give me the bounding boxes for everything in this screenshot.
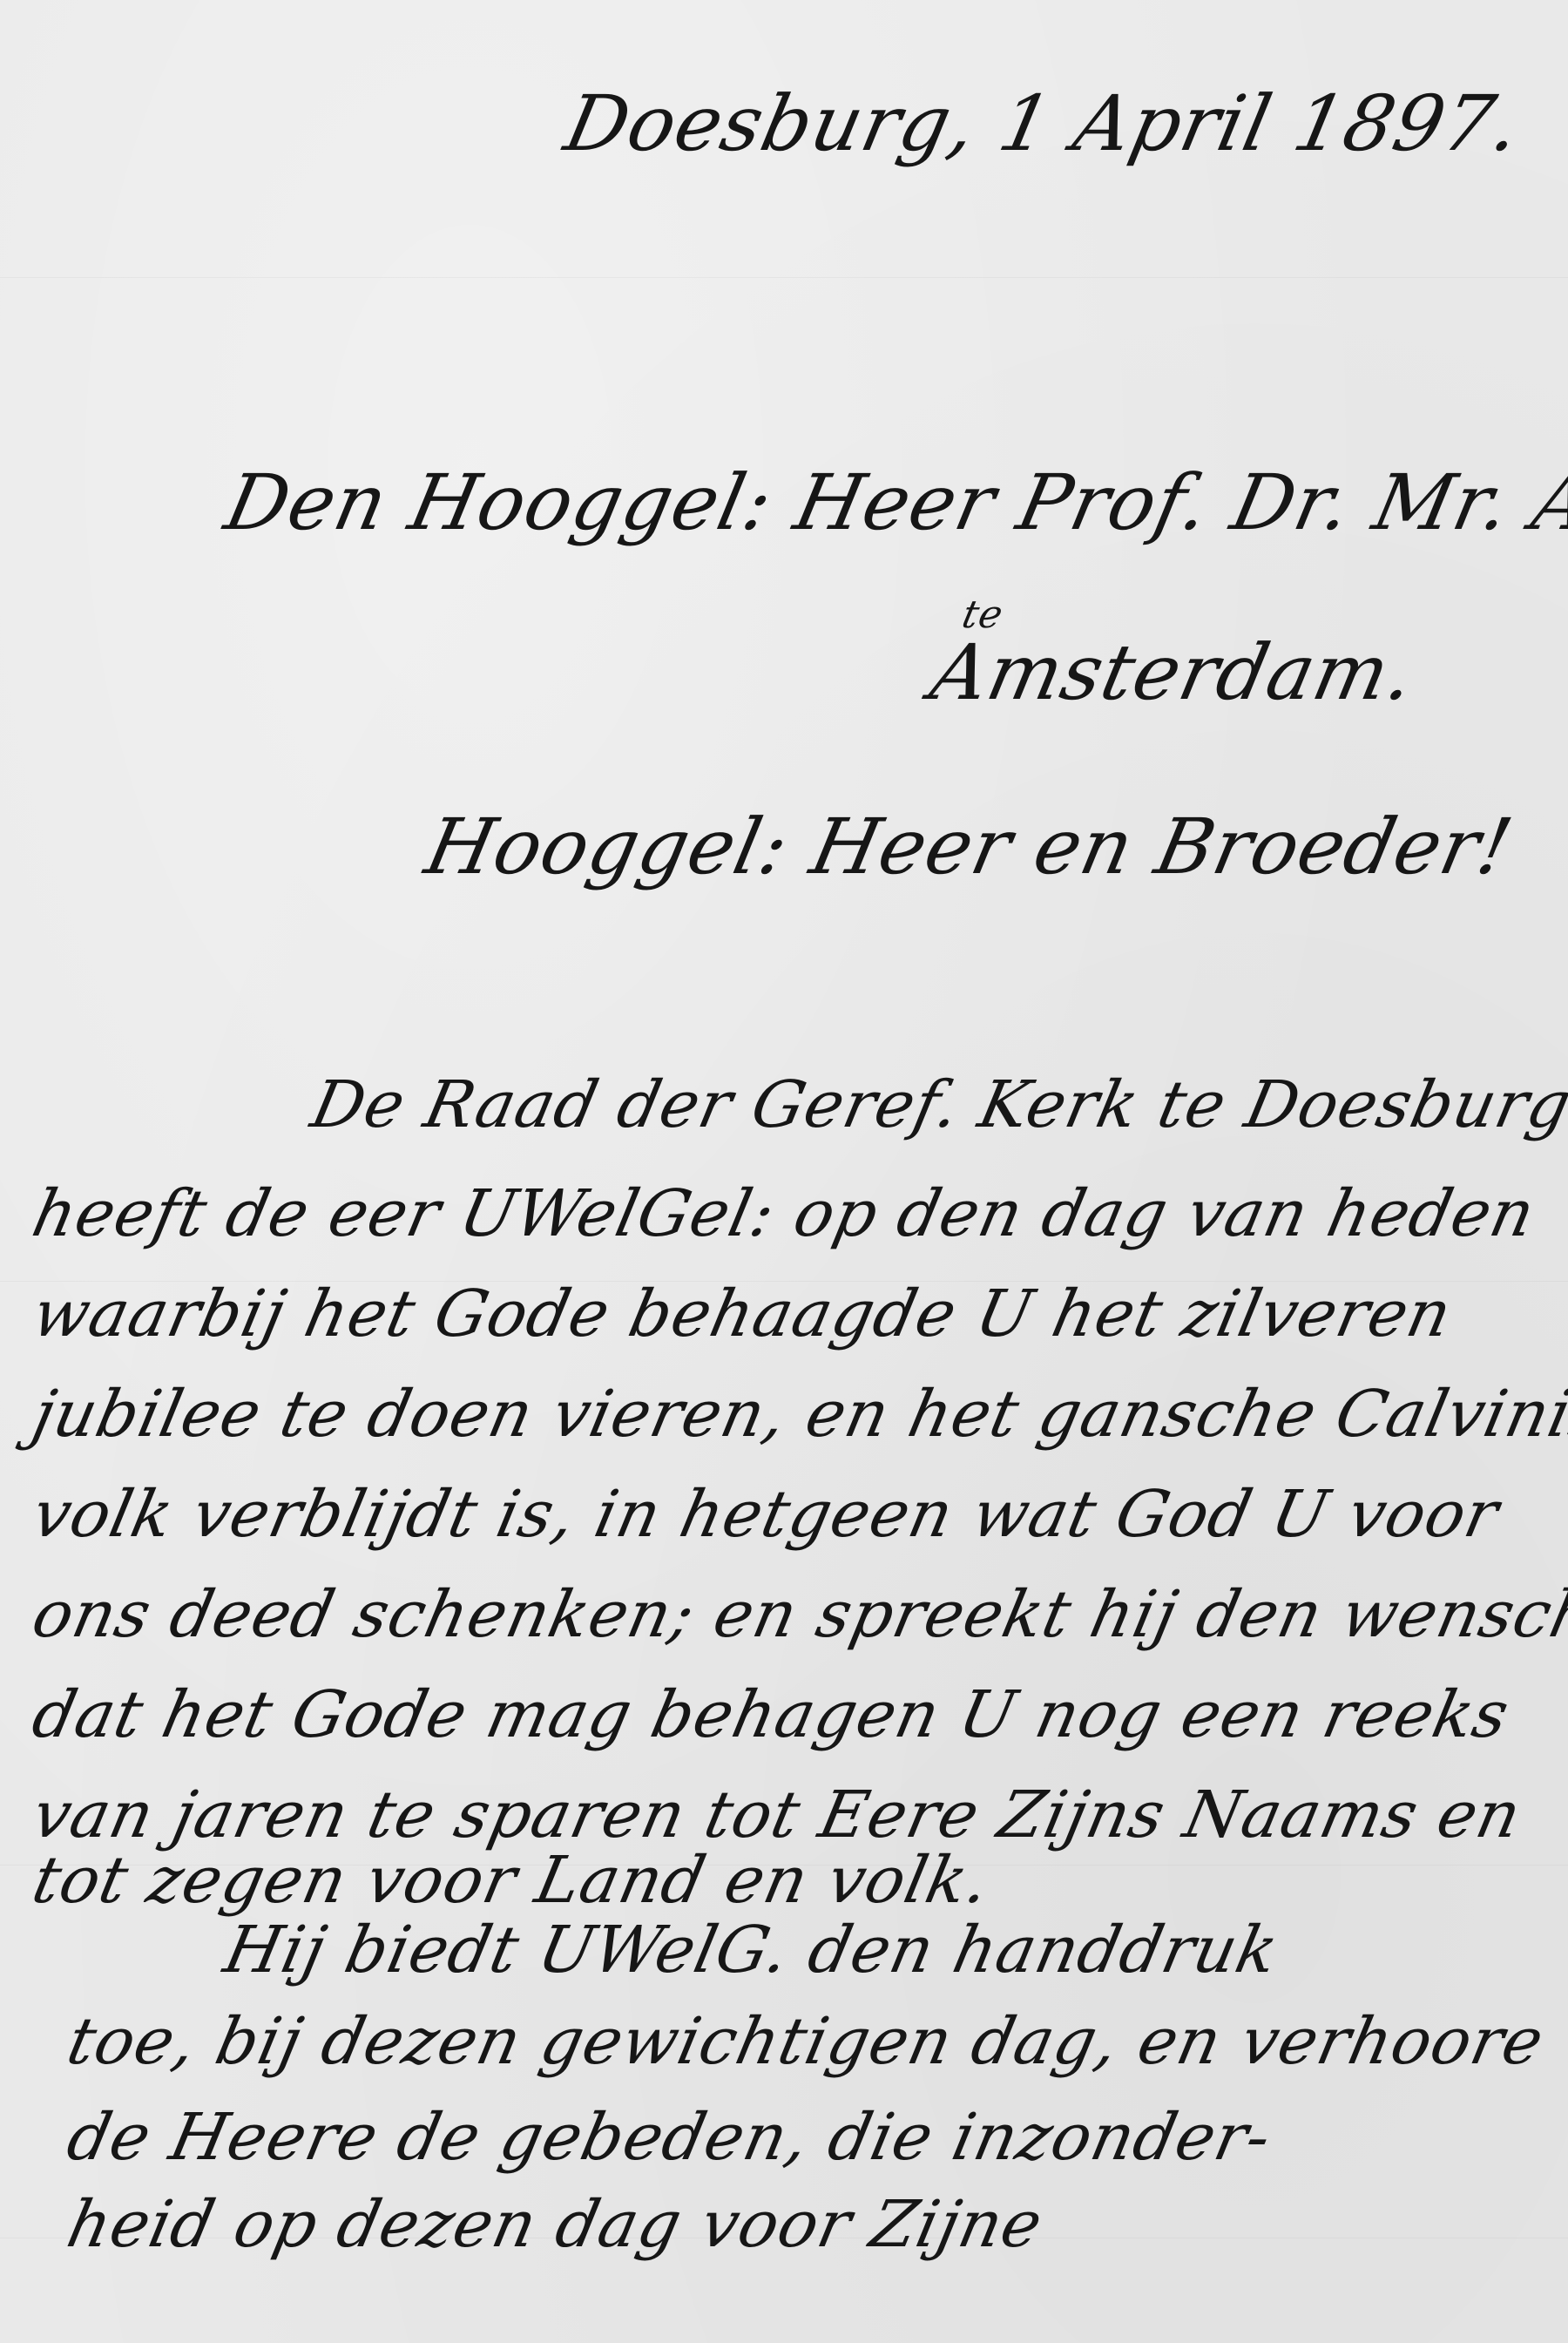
letter-body-line: de Heere de gebeden, die inzonder- [61,2100,1278,2175]
letter-body-line: heeft de eer UWelGel: op den dag van hed… [26,1176,1542,1251]
letter-body-line: De Raad der Geref. Kerk te Doesburg [305,1067,1568,1142]
letter-addressee: Den Hooggel: Heer Prof. Dr. Mr. A. Kuype… [218,457,1568,547]
letter-body-line: heid op dezen dag voor Zijne [61,2187,1050,2262]
letter-salutation: Hooggel: Heer en Broeder! [418,802,1520,891]
letter-body-line: tot zegen voor Land en volk. [26,1843,997,1918]
letter-body-line: van jaren te sparen tot Eere Zijns Naams… [26,1778,1528,1852]
paper-rule [0,277,1568,278]
letter-page: Doesburg, 1 April 1897. Den Hooggel: Hee… [0,0,1568,2343]
letter-body-line: volk verblijdt is, in hetgeen wat God U … [26,1477,1505,1552]
letter-addressee-city: Amsterdam. [923,627,1423,717]
letter-body-line: jubilee te doen vieren, en het gansche C… [26,1377,1568,1452]
letter-body-line: toe, bij dezen gewichtigen dag, en verho… [61,2004,1551,2079]
letter-body-line: ons deed schenken; en spreekt hij den we… [26,1577,1568,1652]
letter-place-date: Doesburg, 1 April 1897. [558,78,1529,168]
letter-body-line: Hij biedt UWelG. den handdruk [218,1913,1285,1987]
letter-body-line: dat het Gode mag behagen U nog een reeks [26,1677,1516,1752]
letter-body-line: waarbij het Gode behaagde U het zilveren [26,1276,1458,1351]
